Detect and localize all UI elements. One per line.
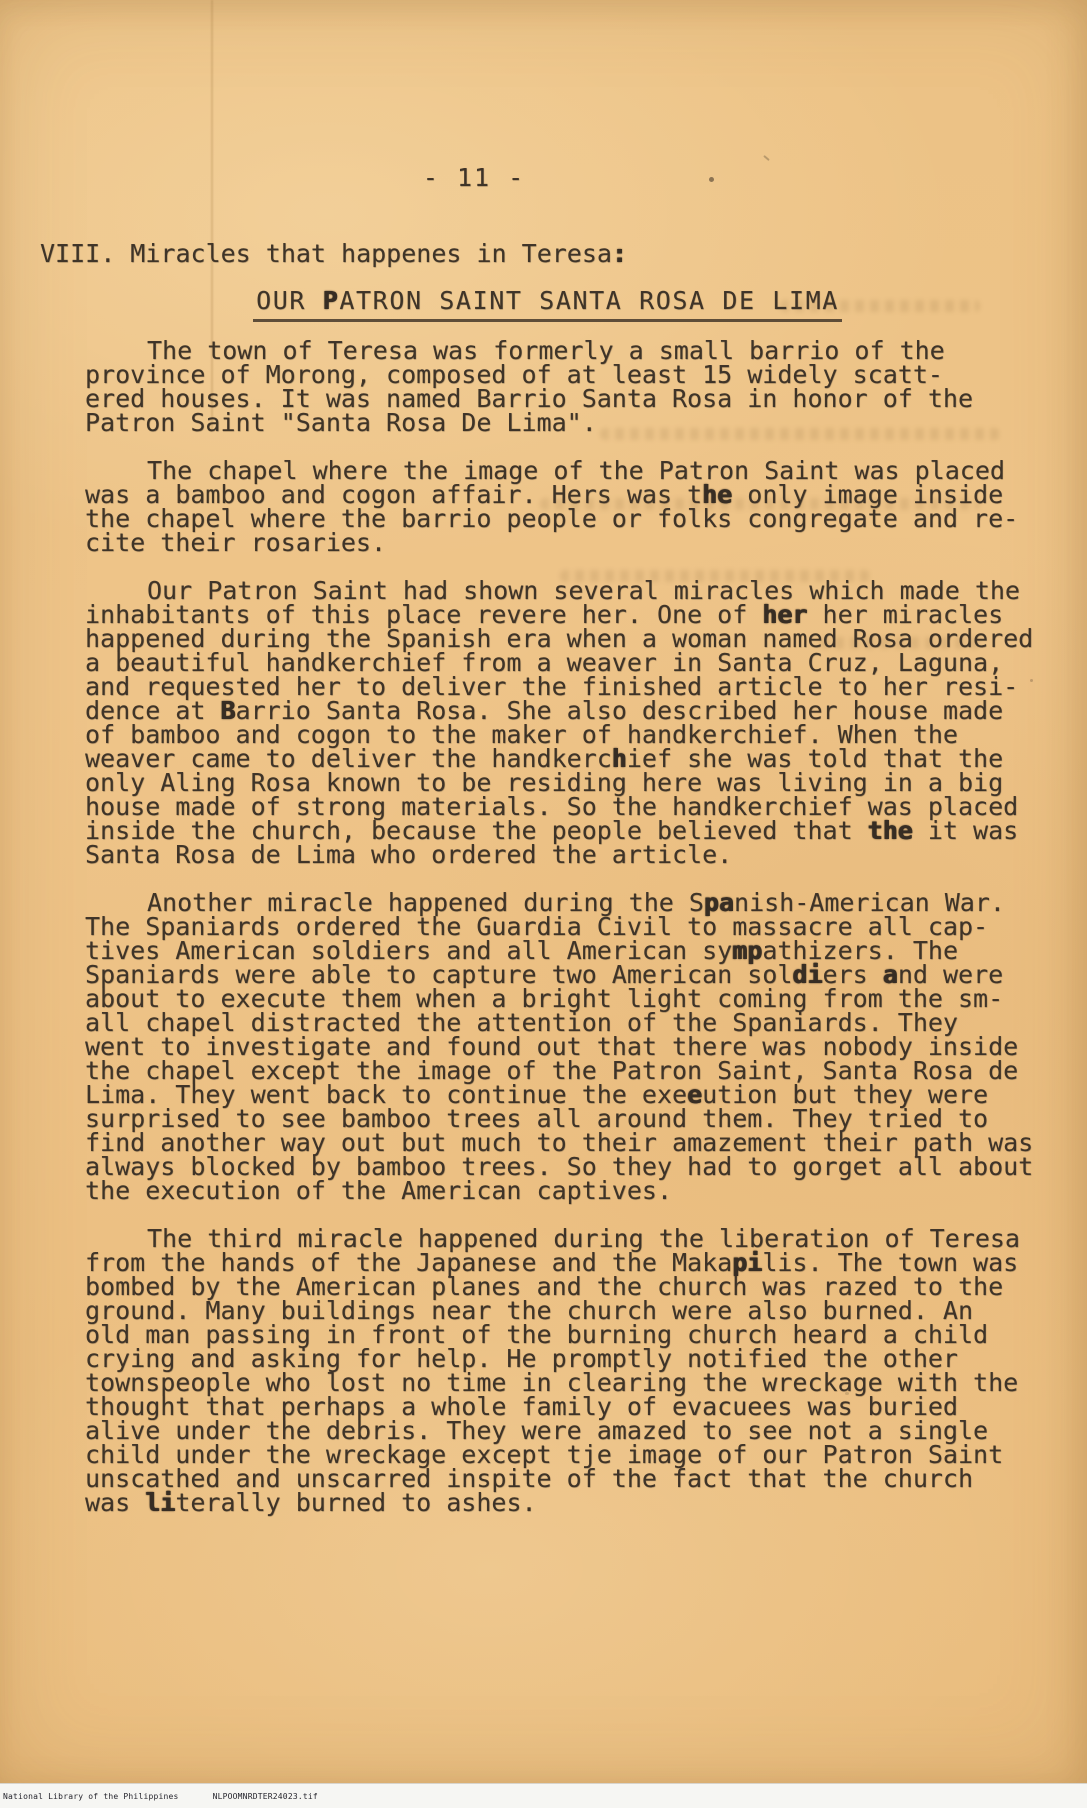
paragraph: The chapel where the image of the Patron… <box>85 459 1085 555</box>
paper-speck <box>709 177 714 182</box>
section-heading: VIII. Miracles that happenes in Teresa: <box>40 239 627 268</box>
document-body: The town of Teresa was formerly a small … <box>85 339 1085 1539</box>
document-title: OUR PATRON SAINT SANTA ROSA DE LIMA <box>85 286 1010 315</box>
text-line: Santa Rosa de Lima who ordered the artic… <box>85 843 1085 867</box>
overstruck-text: : <box>612 239 627 268</box>
overstruck-text: li <box>145 1488 175 1517</box>
scan-filename: NLPOOMNRDTER24023.tif <box>213 1792 318 1801</box>
text-line: Patron Saint "Santa Rosa De Lima". <box>85 411 1085 435</box>
page-number: - 11 - <box>404 163 544 192</box>
overstruck-text: P <box>323 286 340 315</box>
document-title-text: OUR PATRON SAINT SANTA ROSA DE LIMA <box>253 286 842 322</box>
paragraph: Our Patron Saint had shown several mirac… <box>85 579 1085 867</box>
paragraph: The town of Teresa was formerly a small … <box>85 339 1085 435</box>
paragraph: Another miracle happened during the Span… <box>85 891 1085 1203</box>
text-line: cite their rosaries. <box>85 531 1085 555</box>
scanned-document-page: { "page": { "number_label": "- 11 -", "s… <box>0 0 1087 1808</box>
overstruck-text: the <box>868 816 913 845</box>
scan-footer-strip: National Library of the Philippines NLPO… <box>0 1783 1087 1808</box>
paragraph: The third miracle happened during the li… <box>85 1227 1085 1515</box>
paper-background: - 11 - VIII. Miracles that happenes in T… <box>0 0 1087 1783</box>
paper-speck <box>763 155 770 161</box>
text-line: the execution of the American captives. <box>85 1179 1085 1203</box>
text-line: was literally burned to ashes. <box>85 1491 1085 1515</box>
library-name: National Library of the Philippines <box>3 1792 179 1801</box>
